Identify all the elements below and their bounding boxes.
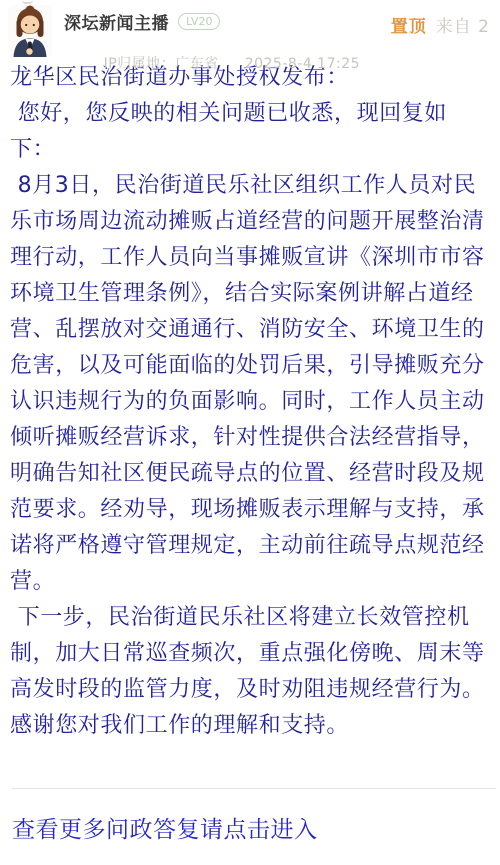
post-text-line: 高发时段的监管力度，及时劝阻违规经营行为。 (10, 672, 490, 708)
post-text-line: 危害，以及可能面临的处罚后果，引导摊贩充分 (10, 348, 490, 384)
post-text-line: 乐市场周边流动摊贩占道经营的问题开展整治清 (10, 204, 490, 240)
news-anchor-avatar-image (8, 5, 52, 57)
post-text-line: 下： (10, 132, 490, 168)
footer-divider (12, 788, 496, 789)
post-timestamp: 2025-8-4 17:25 (245, 56, 360, 72)
avatar[interactable] (8, 5, 52, 57)
post-text-line: 制，加大日常巡查频次，重点强化傍晚、周末等 (10, 636, 490, 672)
post-text-line: 范要求。经劝导，现场摊贩表示理解与支持，承 (10, 492, 490, 528)
post-text-line: 营。 (10, 564, 490, 600)
more-replies-link[interactable]: 查看更多问政答复请点击进入 (12, 815, 318, 845)
post-text-line: 您好，您反映的相关问题已收悉，现回复如 (10, 96, 490, 132)
post-text-line: 诺将严格遵守管理规定，主动前往疏导点规范经 (10, 528, 490, 564)
post-text-line: 认识违规行为的负面影响。同时，工作人员主动 (10, 384, 490, 420)
pinned-badge: 置顶 (391, 12, 427, 37)
user-level-badge: LV20 (178, 13, 220, 30)
post-text-line: 倾听摊贩经营诉求，针对性提供合法经营指导， (10, 420, 490, 456)
header-right: 置顶 来自 2 (391, 12, 490, 37)
meta-row: IP归属地：广东省2025-8-4 17:25 (64, 37, 490, 89)
post-text-line: 8月3日，民治街道民乐社区组织工作人员对民 (10, 168, 490, 204)
post-text-line: 营、乱摆放对交通通行、消防安全、环境卫生的 (10, 312, 490, 348)
post-text-line: 下一步，民治街道民乐社区将建立长效管控机 (10, 600, 490, 636)
username[interactable]: 深坛新闻主播 (64, 9, 169, 34)
post-text-line: 环境卫生管理条例》，结合实际案例讲解占道经 (10, 276, 490, 312)
post-text-line: 理行动，工作人员向当事摊贩宣讲《深圳市市容 (10, 240, 490, 276)
post-header: 深坛新闻主播 LV20 IP归属地：广东省2025-8-4 17:25 置顶 来… (0, 0, 500, 58)
ip-location: IP归属地：广东省 (104, 56, 219, 72)
post-body: 龙华区民治街道办事处授权发布： 您好，您反映的相关问题已收悉，现回复如 下： 8… (0, 58, 500, 744)
from-floor-label[interactable]: 来自 2 (436, 12, 490, 37)
post-text-line: 明确告知社区便民疏导点的位置、经营时段及规 (10, 456, 490, 492)
post-page: 深坛新闻主播 LV20 IP归属地：广东省2025-8-4 17:25 置顶 来… (0, 0, 500, 865)
post-text-line: 感谢您对我们工作的理解和支持。 (10, 708, 490, 744)
